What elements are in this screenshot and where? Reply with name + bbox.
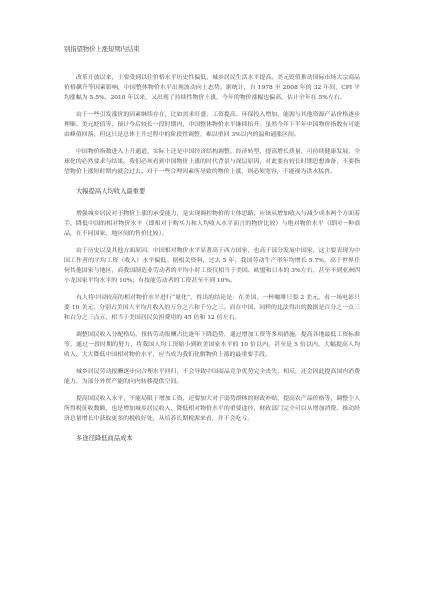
document-title: 别指望物价上涨短期内结束 — [64, 45, 360, 55]
paragraph: 改革开放以来，主要受到以往价格水平历史性偏低、城乡居民生活水平提高、美元贬值推动… — [64, 73, 360, 103]
paragraph: 提高国民收入水平，不能局限于增加工资，还要加大对于弱势群体的财政补贴，提高农产品… — [64, 394, 360, 424]
paragraph: 城乡居民劳动报酬逐步向合理水平回归，不会导致中国商品竞争优势完全丧失，相反，还会… — [64, 367, 360, 387]
section-heading: 大幅提高人均收入最重要 — [76, 187, 360, 197]
paragraph: 调整国民收入分配格局，扭转劳动报酬占比逐年下降趋势，通过增加工资等多项措施，提高… — [64, 330, 360, 360]
paragraph: 增强城乡居民对于物价上涨的承受能力，是实现调控物价的主体思路，应该从增加收入与减… — [64, 209, 360, 239]
paragraph: 由于历史以及其他方面原因，中国相对物价水平显著高于西方国家，也高于部分发展中国家… — [64, 246, 360, 286]
paragraph: 由于一些引发涨价的因素继续存在，比如需求旺盛、工资提高、环保投入增加、能源与其他… — [64, 110, 360, 140]
paragraph: 中国物价指数进入上升通道，实际上还是中国经济结构调整、经济转型、提高增长质量、可… — [64, 147, 360, 177]
document-page: 别指望物价上涨短期内结束 改革开放以来，主要受到以往价格水平历史性偏低、城乡居民… — [64, 45, 360, 456]
section-heading: 多途径降低商品成本 — [76, 434, 360, 444]
paragraph: 有人将中国较高的相对物价水平进行“量化”，得出的结论是：在美国，一杯咖啡只要 2… — [64, 293, 360, 323]
